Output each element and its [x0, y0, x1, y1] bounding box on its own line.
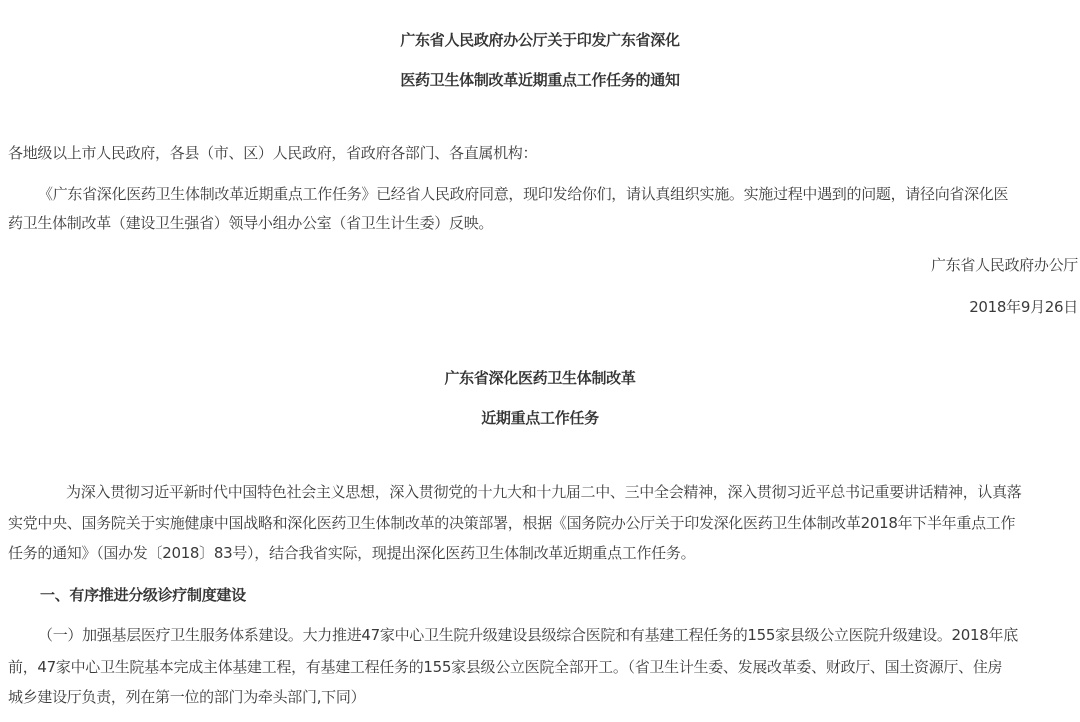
- item-1-line-2: 前，47家中心卫生院基本完成主体基建工程，有基建工程任务的155家县级公立医院全…: [8, 657, 1080, 677]
- notice-body-line-1: 《广东省深化医药卫生体制改革近期重点工作任务》已经省人民政府同意，现印发给你们，…: [8, 184, 1080, 204]
- attachment-title-line-2: 近期重点工作任务: [0, 408, 1080, 428]
- intro-line-3: 任务的通知》（国办发〔2018〕83号），结合我省实际，现提出深化医药卫生体制改…: [8, 543, 1080, 563]
- attachment-title-line-1: 广东省深化医药卫生体制改革: [0, 368, 1080, 388]
- issue-date: 2018年9月26日: [0, 297, 1078, 317]
- item-1-line-3: 城乡建设厅负责，列在第一位的部门为牵头部门,下同）: [8, 687, 1080, 707]
- item-1-line-1: （一）加强基层医疗卫生服务体系建设。大力推进47家中心卫生院升级建设县级综合医院…: [8, 625, 1080, 645]
- section-heading-1: 一、有序推进分级诊疗制度建设: [40, 585, 1080, 605]
- intro-line-2: 实党中央、国务院关于实施健康中国战略和深化医药卫生体制改革的决策部署，根据《国务…: [8, 513, 1080, 533]
- intro-line-1: 为深入贯彻习近平新时代中国特色社会主义思想，深入贯彻党的十九大和十九届二中、三中…: [8, 482, 1080, 502]
- notice-body-line-2: 药卫生体制改革（建设卫生强省）领导小组办公室（省卫生计生委）反映。: [8, 213, 1080, 233]
- addressee: 各地级以上市人民政府，各县（市、区）人民政府，省政府各部门、各直属机构：: [8, 143, 1080, 163]
- issuer: 广东省人民政府办公厅: [0, 255, 1078, 275]
- notice-title-line-1: 广东省人民政府办公厅关于印发广东省深化: [0, 30, 1080, 50]
- notice-title-line-2: 医药卫生体制改革近期重点工作任务的通知: [0, 70, 1080, 90]
